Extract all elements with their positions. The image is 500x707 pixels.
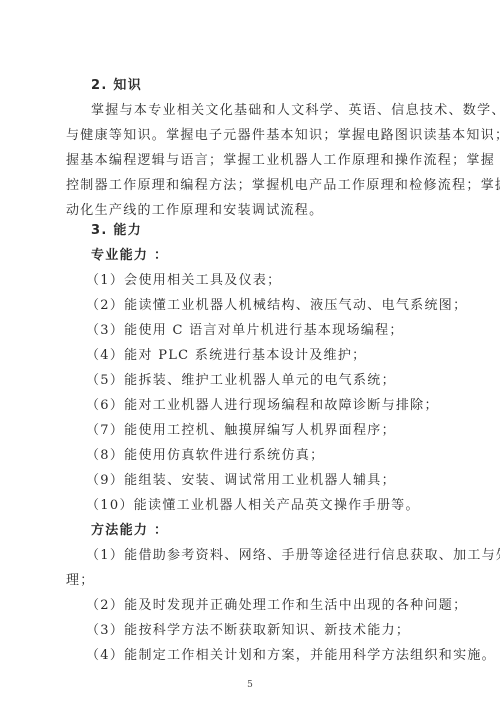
list-item: （2）能及时发现并正确处理工作和生活中出现的各种问题； <box>86 598 467 614</box>
list-item: （2）能读懂工业机器人机械结构、液压气动、电气系统图； <box>86 298 467 314</box>
list-item: （3）能按科学方法不断获取新知识、新技术能力； <box>86 623 410 639</box>
paragraph-line: 握基本编程逻辑与语言；掌握工业机器人工作原理和操作流程；掌握 PLC <box>66 153 500 169</box>
page-number: 5 <box>0 680 500 690</box>
paragraph-line: 控制器工作原理和编程方法；掌握机电产品工作原理和检修流程；掌握自 <box>66 178 500 194</box>
list-item: （7）能使用工控机、触摸屏编写人机界面程序； <box>86 423 396 439</box>
list-item-continuation: 理； <box>66 573 95 589</box>
list-item: （1）会使用相关工具及仪表； <box>86 273 281 289</box>
paragraph-line: 掌握与本专业相关文化基础和人文科学、英语、信息技术、数学、体育 <box>91 103 500 119</box>
list-item: （3）能使用 C 语言对单片机进行基本现场编程； <box>86 323 404 339</box>
subheading-method-ability: 方法能力 ： <box>91 523 168 539</box>
list-item: （6）能对工业机器人进行现场编程和故障诊断与排除； <box>86 398 439 414</box>
list-item: （10）能读懂工业机器人相关产品英文操作手册等。 <box>86 498 420 514</box>
subheading-professional-ability: 专业能力 ： <box>91 248 168 264</box>
paragraph-line: 动化生产线的工作原理和安装调试流程。 <box>66 203 323 219</box>
list-item: （4）能制定工作相关计划和方案，并能用科学方法组织和实施。 <box>86 648 496 664</box>
list-item: （8）能使用仿真软件进行系统仿真； <box>86 448 324 464</box>
list-item: （5）能拆装、维护工业机器人单元的电气系统； <box>86 373 396 389</box>
paragraph-line: 与健康等知识。掌握电子元器件基本知识；掌握电路图识读基本知识；掌 <box>66 128 500 144</box>
list-item: （1）能借助参考资料、网络、手册等途径进行信息获取、加工与处 <box>86 548 500 564</box>
section-heading-ability: 3. 能力 <box>91 223 142 239</box>
section-heading-knowledge: 2. 知识 <box>91 78 142 94</box>
list-item: （9）能组装、安装、调试常用工业机器人辅具； <box>86 473 396 489</box>
list-item: （4）能对 PLC 系统进行基本设计及维护； <box>86 348 366 364</box>
